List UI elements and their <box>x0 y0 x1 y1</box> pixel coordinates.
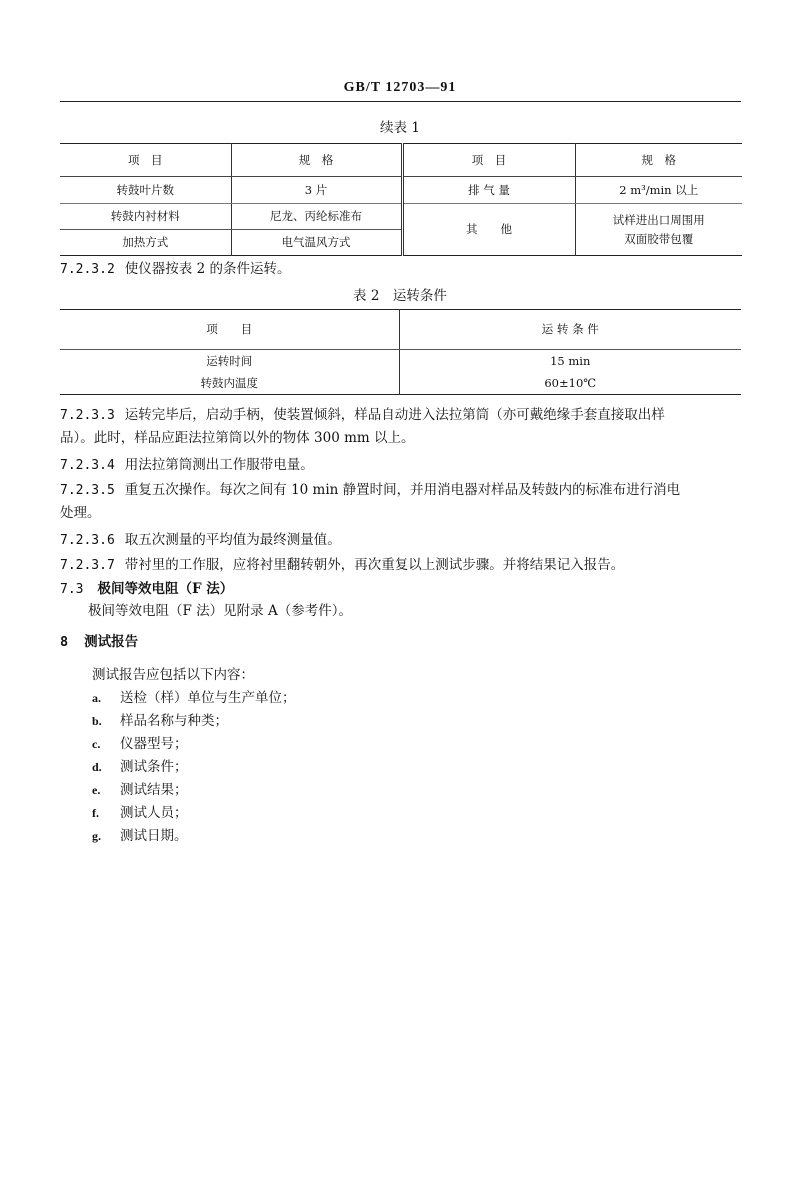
table2-cell-item: 转鼓内温度 <box>60 372 399 395</box>
table-row: 运转时间 15 min <box>60 350 741 373</box>
clause-number: 7.2.3.5 <box>60 483 115 498</box>
table-row: 转鼓叶片数 3 片 排 气 量 2 m³/min 以上 <box>60 177 742 204</box>
clause-number: 7.2.3.3 <box>60 408 115 423</box>
table1-cell-item: 加热方式 <box>60 230 231 256</box>
table2-header-row: 项 目 运 转 条 件 <box>60 310 741 350</box>
list-item: a.送检（样）单位与生产单位； <box>92 687 296 709</box>
clause-text-line2: 处理。 <box>60 502 745 524</box>
table1-header-item-left: 项 目 <box>60 144 231 177</box>
table1-cell-spec-multiline: 试样进出口周围用 双面胶带包覆 <box>575 204 742 256</box>
table2-header-item: 项 目 <box>60 310 399 350</box>
clause-number: 7.2.3.6 <box>60 533 115 548</box>
table1-cell-item: 其 他 <box>402 204 575 256</box>
section-number: 7.3 <box>60 582 83 597</box>
section-8-heading: 8测试报告 <box>60 631 745 653</box>
clause-text-line1: 重复五次操作。每次之间有 10 min 静置时间，并用消电器对样品及转鼓内的标准… <box>125 482 680 498</box>
table-row: 转鼓内温度 60±10℃ <box>60 372 741 395</box>
table1-cell-item: 转鼓叶片数 <box>60 177 231 204</box>
list-marker: b. <box>92 710 120 732</box>
clause-7-2-3-2: 7.2.3.2使仪器按表 2 的条件运转。 <box>60 258 745 281</box>
list-text: 仪器型号； <box>120 736 188 752</box>
standard-code: GB/T 12703—91 <box>0 80 800 96</box>
list-item: d.测试条件； <box>92 756 188 778</box>
list-item: f.测试人员； <box>92 802 188 824</box>
table2-cell-item: 运转时间 <box>60 350 399 373</box>
table2-cell-condition: 60±10℃ <box>399 372 741 395</box>
table1-cell-spec: 电气温风方式 <box>231 230 402 256</box>
list-text: 测试条件； <box>120 759 188 775</box>
table1-cell-item: 转鼓内衬材料 <box>60 204 231 230</box>
list-marker: c. <box>92 733 120 755</box>
table1-cell-spec-line2: 双面胶带包覆 <box>576 230 743 248</box>
table2-caption: 表 2 运转条件 <box>0 284 800 304</box>
list-text: 测试结果； <box>120 782 188 798</box>
clause-text-line2: 品）。此时，样品应距法拉第筒以外的物体 300 mm 以上。 <box>60 427 745 449</box>
list-marker: a. <box>92 687 120 709</box>
list-item: c.仪器型号； <box>92 733 188 755</box>
table1-cell-spec: 尼龙、丙纶标准布 <box>231 204 402 230</box>
header-rule <box>60 101 741 102</box>
table1-header-item-right: 项 目 <box>402 144 575 177</box>
clause-7-2-3-5: 7.2.3.5重复五次操作。每次之间有 10 min 静置时间，并用消电器对样品… <box>60 479 745 524</box>
list-item: e.测试结果； <box>92 779 188 801</box>
table1-header-spec-right: 规 格 <box>575 144 742 177</box>
table1-cell-spec: 2 m³/min 以上 <box>575 177 742 204</box>
section-title: 极间等效电阻（F 法） <box>97 581 233 597</box>
list-text: 送检（样）单位与生产单位； <box>120 690 296 706</box>
section-8-intro: 测试报告应包括以下内容： <box>92 664 777 686</box>
table1-header-row: 项 目 规 格 项 目 规 格 <box>60 144 742 177</box>
list-marker: e. <box>92 779 120 801</box>
list-text: 样品名称与种类； <box>120 713 228 729</box>
table2-cell-condition: 15 min <box>399 350 741 373</box>
list-item: b.样品名称与种类； <box>92 710 228 732</box>
section-number: 8 <box>60 634 68 650</box>
list-marker: f. <box>92 802 120 824</box>
list-item: g.测试日期。 <box>92 825 188 847</box>
table2-header-condition: 运 转 条 件 <box>399 310 741 350</box>
table1-cell-spec-line1: 试样进出口周围用 <box>576 211 743 229</box>
clause-number: 7.2.3.4 <box>60 458 115 473</box>
clause-7-2-3-7: 7.2.3.7带衬里的工作服，应将衬里翻转朝外，再次重复以上测试步骤。并将结果记… <box>60 554 745 577</box>
section-title: 测试报告 <box>84 634 138 650</box>
clause-text-line1: 运转完毕后，启动手柄，使装置倾斜，样品自动进入法拉第筒（亦可戴绝缘手套直接取出样 <box>125 407 665 423</box>
clause-text: 带衬里的工作服，应将衬里翻转朝外，再次重复以上测试步骤。并将结果记入报告。 <box>125 557 625 573</box>
list-text: 测试日期。 <box>120 828 188 844</box>
clause-text: 使仪器按表 2 的条件运转。 <box>125 261 291 277</box>
clause-7-2-3-6: 7.2.3.6取五次测量的平均值为最终测量值。 <box>60 529 745 552</box>
clause-7-2-3-4: 7.2.3.4用法拉第筒测出工作服带电量。 <box>60 454 745 477</box>
table2: 项 目 运 转 条 件 运转时间 15 min 转鼓内温度 60±10℃ <box>60 309 741 395</box>
table1: 项 目 规 格 项 目 规 格 转鼓叶片数 3 片 排 气 量 2 m³/min… <box>60 143 742 256</box>
clause-number: 7.2.3.2 <box>60 262 115 277</box>
table1-caption: 续表 1 <box>0 116 800 136</box>
section-7-3-text: 极间等效电阻（F 法）见附录 A（参考件）。 <box>88 600 773 622</box>
clause-text: 取五次测量的平均值为最终测量值。 <box>125 532 341 548</box>
clause-text: 用法拉第筒测出工作服带电量。 <box>125 457 314 473</box>
clause-number: 7.2.3.7 <box>60 558 115 573</box>
table1-cell-spec: 3 片 <box>231 177 402 204</box>
list-marker: g. <box>92 825 120 847</box>
table1-header-spec-left: 规 格 <box>231 144 402 177</box>
list-text: 测试人员； <box>120 805 188 821</box>
section-7-3-heading: 7.3极间等效电阻（F 法） <box>60 578 745 601</box>
table-row: 转鼓内衬材料 尼龙、丙纶标准布 其 他 试样进出口周围用 双面胶带包覆 <box>60 204 742 230</box>
list-marker: d. <box>92 756 120 778</box>
table1-cell-item: 排 气 量 <box>402 177 575 204</box>
clause-7-2-3-3: 7.2.3.3运转完毕后，启动手柄，使装置倾斜，样品自动进入法拉第筒（亦可戴绝缘… <box>60 404 745 449</box>
